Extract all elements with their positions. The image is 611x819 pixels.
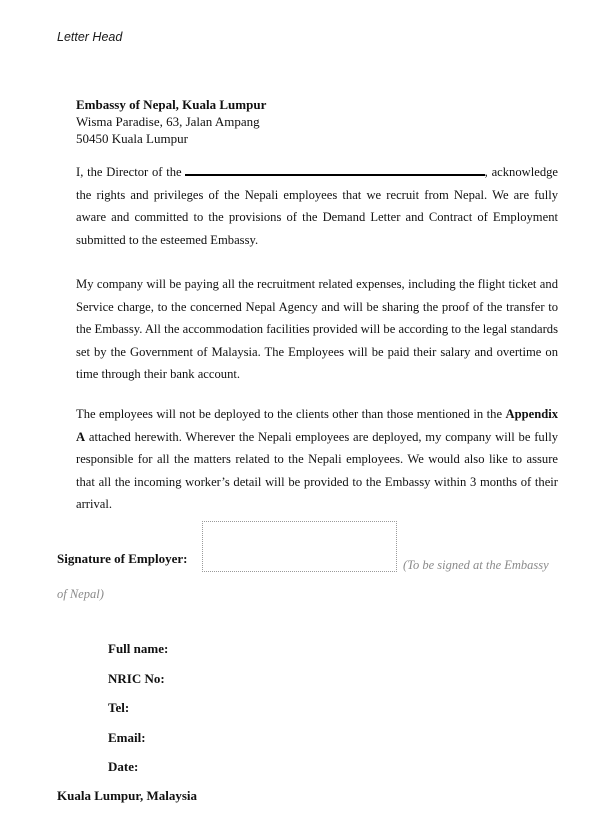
letterhead-placeholder: Letter Head (57, 30, 122, 44)
field-full-name: Full name: (108, 640, 168, 670)
field-date: Date: (108, 758, 168, 788)
signature-label: Signature of Employer: (57, 551, 187, 567)
paragraph-3-start: The employees will not be deployed to th… (76, 407, 506, 421)
employer-details: Full name: NRIC No: Tel: Email: Date: (108, 640, 168, 788)
field-tel: Tel: (108, 699, 168, 729)
field-nric-no: NRIC No: (108, 670, 168, 700)
recipient-address: Embassy of Nepal, Kuala Lumpur Wisma Par… (76, 96, 266, 147)
paragraph-acknowledgement: I, the Director of the, acknowledge the … (76, 161, 558, 251)
paragraph-3-rest: attached herewith. Wherever the Nepali e… (76, 430, 558, 512)
recipient-name: Embassy of Nepal, Kuala Lumpur (76, 96, 266, 113)
paragraph-expenses: My company will be paying all the recrui… (76, 273, 558, 386)
paragraph-1-start: I, the Director of the (76, 165, 182, 179)
address-line-1: Wisma Paradise, 63, Jalan Ampang (76, 113, 266, 130)
signing-location: Kuala Lumpur, Malaysia (57, 788, 197, 804)
paragraph-deployment: The employees will not be deployed to th… (76, 403, 558, 516)
signature-box[interactable] (202, 521, 397, 572)
company-name-blank[interactable] (185, 161, 485, 176)
address-line-2: 50450 Kuala Lumpur (76, 130, 266, 147)
field-email: Email: (108, 729, 168, 759)
